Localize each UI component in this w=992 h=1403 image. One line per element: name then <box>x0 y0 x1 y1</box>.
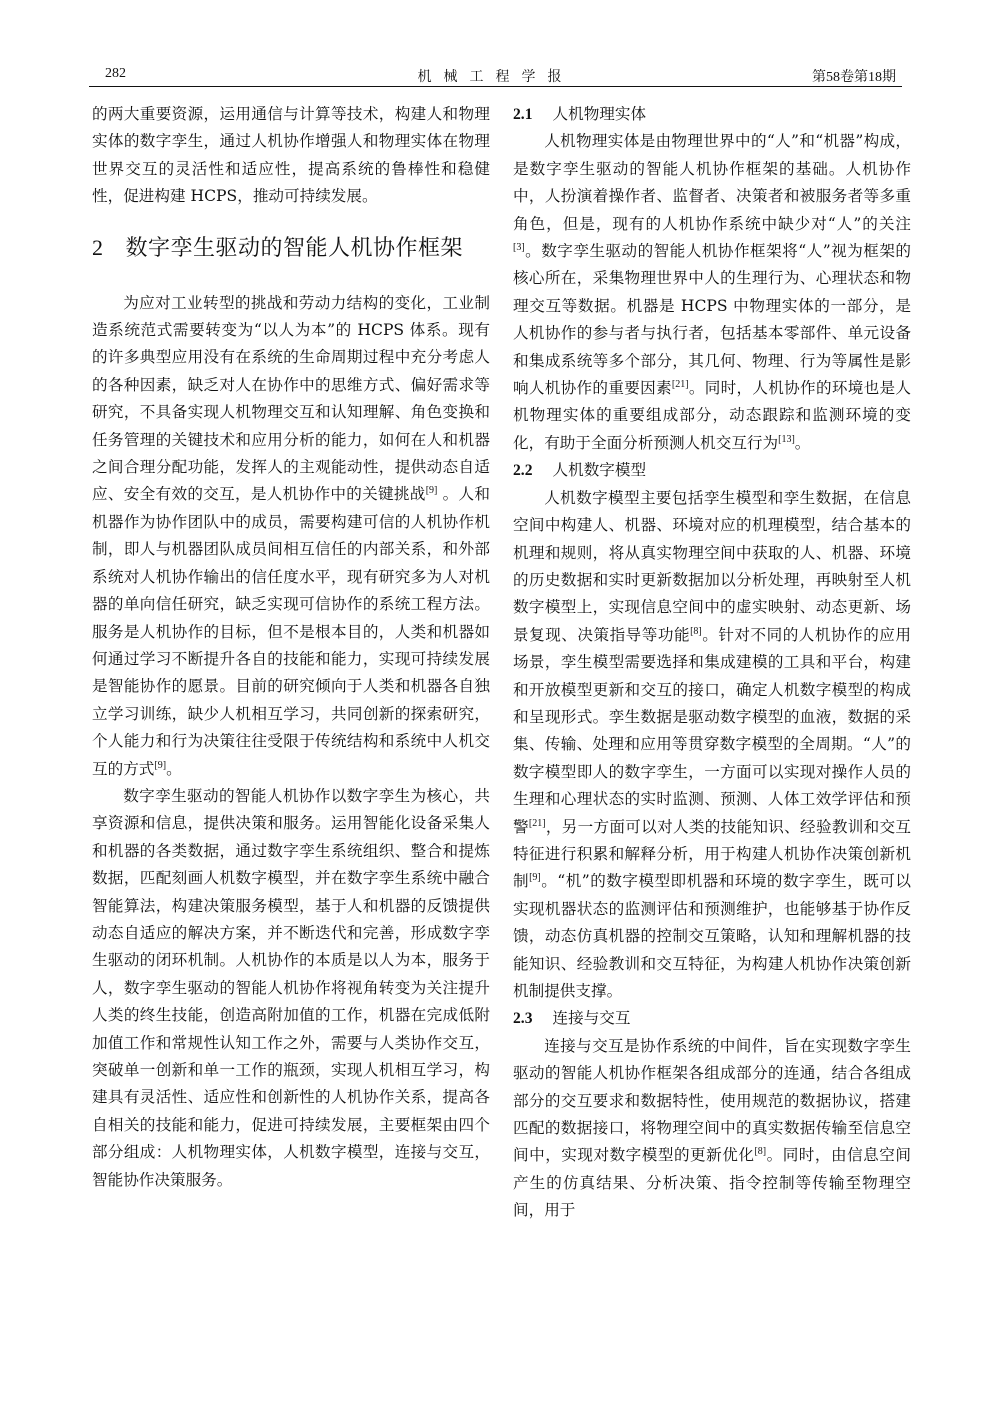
citation: [21] <box>529 818 546 829</box>
continuation-paragraph: 的两大重要资源，运用通信与计算等技术，构建人和物理实体的数字孪生，通过人机协作增… <box>92 101 490 211</box>
citation: [8] <box>754 1146 766 1157</box>
section-number: 2 <box>92 235 104 260</box>
citation: [9] <box>154 760 166 771</box>
paragraph-text: 。 <box>795 434 811 452</box>
section-heading-2: 2数字孪生驱动的智能人机协作框架 <box>92 233 490 264</box>
paragraph: 人机物理实体是由物理世界中的“人”和“机器”构成，是数字孪生驱动的智能人机协作框… <box>513 128 911 457</box>
paragraph: 数字孪生驱动的智能人机协作以数字孪生为核心，共享资源和信息，提供决策和服务。运用… <box>92 783 490 1194</box>
right-column: 2.1人机物理实体 人机物理实体是由物理世界中的“人”和“机器”构成，是数字孪生… <box>513 101 911 1225</box>
section-number: 2.1 <box>513 106 533 123</box>
paragraph-text: 。人和机器作为协作团队中的成员，需要构建可信的人机协作机制，即人与机器团队成员间… <box>92 485 490 777</box>
header-rule <box>89 86 902 87</box>
paragraph-text: 为应对工业转型的挑战和劳动力结构的变化，工业制造系统范式需要转变为“以人为本”的… <box>92 294 490 504</box>
issue-label: 第58卷第18期 <box>812 66 896 86</box>
paragraph: 人机数字模型主要包括孪生模型和孪生数据，在信息空间中构建人、机器、环境对应的机理… <box>513 485 911 1006</box>
paragraph-text: 。 <box>166 760 182 778</box>
left-column: 的两大重要资源，运用通信与计算等技术，构建人和物理实体的数字孪生，通过人机协作增… <box>92 101 490 1194</box>
citation: [8] <box>690 626 702 637</box>
paragraph-text: 。针对不同的人机协作的应用场景，孪生模型需要选择和集成建模的工具和平台，构建和开… <box>513 626 911 836</box>
citation: [9] <box>529 872 541 883</box>
section-heading-2-2: 2.2人机数字模型 <box>513 457 911 484</box>
citation: [3] <box>513 242 525 253</box>
section-title: 人机数字模型 <box>553 461 647 479</box>
section-title: 连接与交互 <box>553 1009 631 1027</box>
paragraph: 连接与交互是协作系统的中间件，旨在实现数字孪生驱动的智能人机协作框架各组成部分的… <box>513 1033 911 1225</box>
paragraph-text: 人机数字模型主要包括孪生模型和孪生数据，在信息空间中构建人、机器、环境对应的机理… <box>513 489 911 644</box>
citation: [9] <box>426 485 438 496</box>
section-title: 数字孪生驱动的智能人机协作框架 <box>126 236 464 261</box>
journal-title: 机械工程学报 <box>89 66 902 86</box>
paragraph-text: 。“机”的数字模型即机器和环境的数字孪生，既可以实现机器状态的监测评估和预测维护… <box>513 872 911 1000</box>
paragraph: 为应对工业转型的挑战和劳动力结构的变化，工业制造系统范式需要转变为“以人为本”的… <box>92 290 490 783</box>
paragraph-text: 人机物理实体是由物理世界中的“人”和“机器”构成，是数字孪生驱动的智能人机协作框… <box>513 132 911 232</box>
citation: [21] <box>672 379 689 390</box>
section-number: 2.3 <box>513 1010 533 1027</box>
running-header: 282 机械工程学报 第58卷第18期 <box>89 66 902 86</box>
section-title: 人机物理实体 <box>553 105 647 123</box>
paragraph-text: 。数字孪生驱动的智能人机协作框架将“人”视为框架的核心所在，采集物理世界中人的生… <box>513 242 911 397</box>
section-number: 2.2 <box>513 462 533 479</box>
section-heading-2-1: 2.1人机物理实体 <box>513 101 911 128</box>
citation: [13] <box>778 434 795 445</box>
section-heading-2-3: 2.3连接与交互 <box>513 1005 911 1032</box>
